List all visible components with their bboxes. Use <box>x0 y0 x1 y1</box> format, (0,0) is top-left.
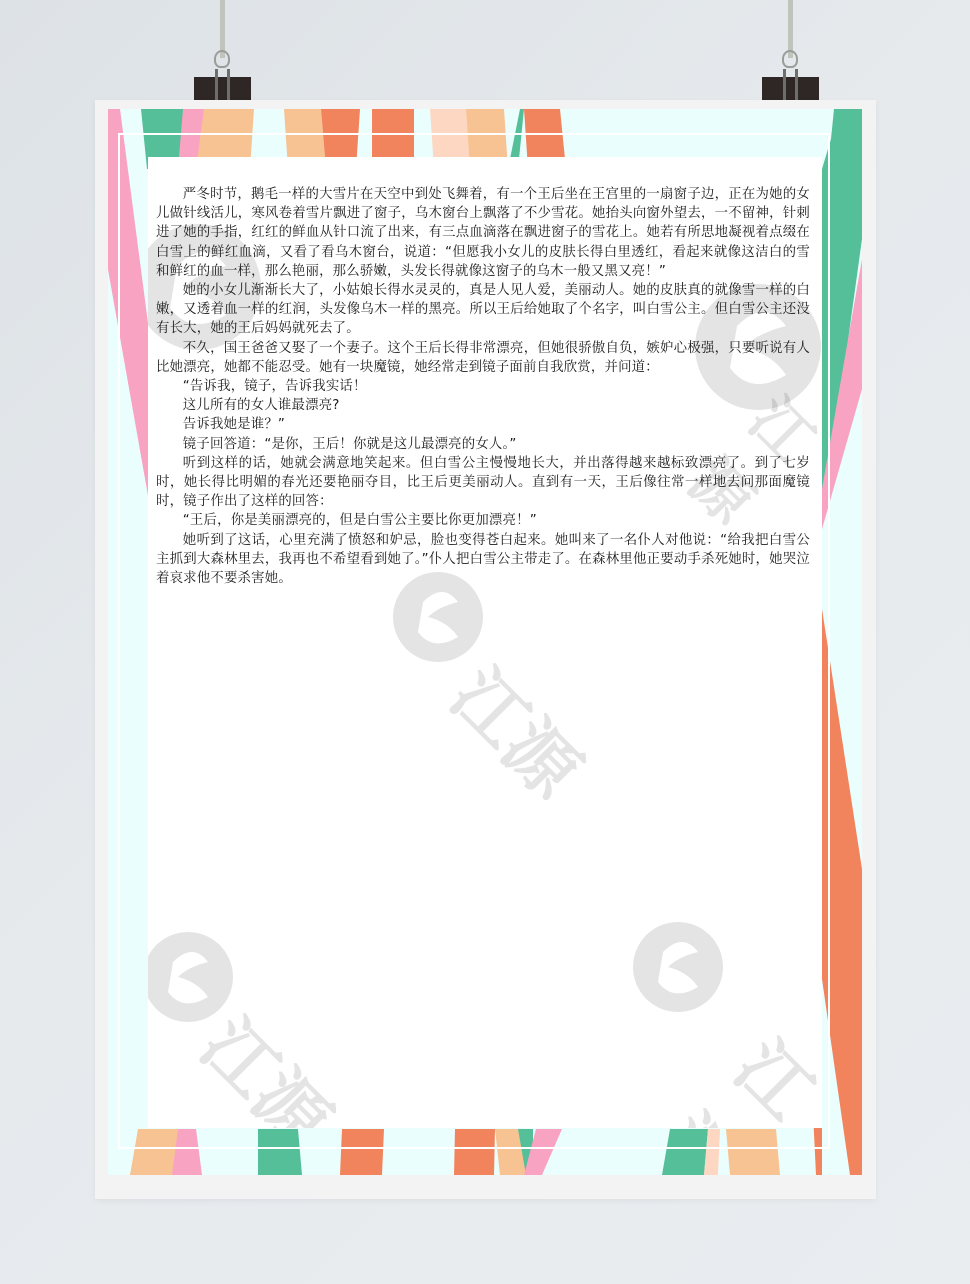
poem-line: “告诉我，镜子，告诉我实话！ <box>156 377 810 396</box>
paragraph: 她的小女儿渐渐长大了，小姑娘长得水灵灵的，真是人见人爱，美丽动人。她的皮肤真的就… <box>156 281 810 339</box>
watermark-logo-icon <box>628 917 728 1017</box>
watermark-text: 江源 <box>643 1014 822 1128</box>
paragraph: 不久，国王爸爸又娶了一个妻子。这个王后长得非常漂亮，但她很骄傲自负，嫉妒心极强，… <box>156 339 810 377</box>
paragraph: “王后，你是美丽漂亮的，但是白雪公主要比你更加漂亮！” <box>156 511 810 530</box>
left-clip-ring <box>214 50 230 68</box>
right-clip-ring <box>782 50 798 68</box>
paragraph: 严冬时节，鹅毛一样的大雪片在天空中到处飞舞着，有一个王后坐在王宫里的一扇窗子边，… <box>156 185 810 281</box>
poem-line: 告诉我她是谁？” <box>156 415 810 434</box>
paragraph: 她听到了这话，心里充满了愤怒和妒忌，脸也变得苍白起来。她叫来了一名仆人对他说：“… <box>156 531 810 589</box>
watermark-logo-icon <box>148 927 238 1027</box>
content-area: 江源 江源 江源 江源 严冬时节，鹅毛一样的大雪片在天空中到处飞舞着，有一个王后… <box>148 157 822 1128</box>
paragraph: 镜子回答道：“是你，王后！你就是这儿最漂亮的女人。” <box>156 435 810 454</box>
paragraph: 听到这样的话，她就会满意地笑起来。但白雪公主慢慢地长大，并出落得越来越标致漂亮了… <box>156 454 810 512</box>
story-text: 严冬时节，鹅毛一样的大雪片在天空中到处飞舞着，有一个王后坐在王宫里的一扇窗子边，… <box>156 185 810 588</box>
watermark-text: 江源 <box>432 641 607 816</box>
poem-line: 这儿所有的女人谁最漂亮? <box>156 396 810 415</box>
